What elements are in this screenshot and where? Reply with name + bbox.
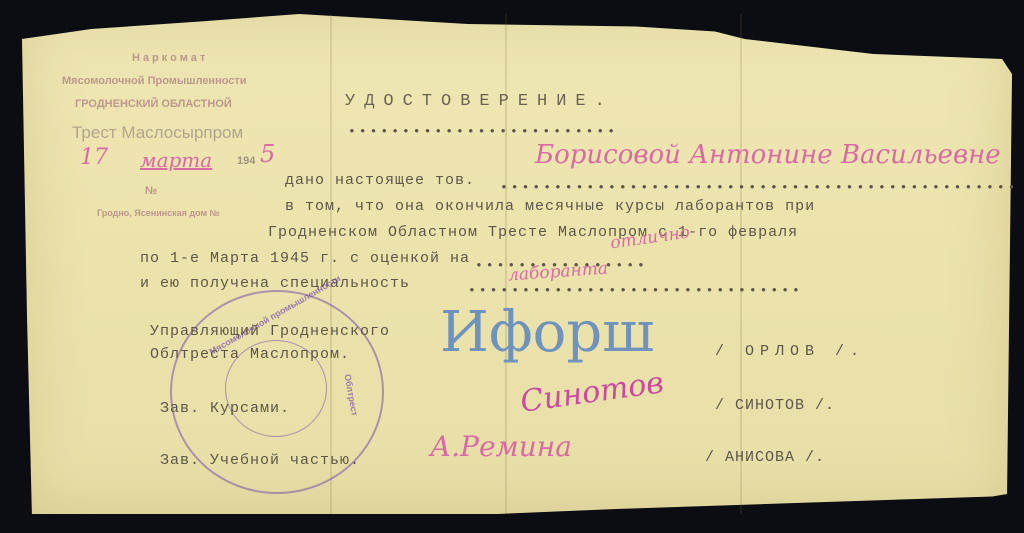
signer-role-director-2: Облтреста Маслопром. — [150, 346, 350, 363]
recipient-name: Борисовой Антонине Васильевне — [535, 140, 1001, 170]
date-year-printed: 194 — [237, 155, 255, 167]
course-completed-line: в том, что она окончила месячные курсы л… — [285, 198, 815, 215]
signer-role-director-1: Управляющий Гродненского — [150, 323, 390, 340]
document-title: УДОСТОВЕРЕНИЕ. — [345, 92, 614, 111]
name-dots: ••••••••••••••••••••••••••••••••••••••••… — [500, 180, 1018, 195]
letterhead-industry: Мясомолочной Промышленности — [62, 75, 247, 87]
signer-name-orlov: / ОРЛОВ /. — [715, 343, 865, 360]
number-label: № — [145, 185, 157, 197]
letterhead-region: ГРОДНЕНСКИЙ ОБЛАСТНОЙ — [75, 98, 232, 110]
letterhead-ministry: Наркомат — [132, 52, 208, 64]
specialty-dots: ••••••••••••••••••••••••••••••• — [468, 283, 803, 298]
grade-line: по 1-е Марта 1945 г. с оценкой на — [140, 250, 470, 267]
date-year-handwritten: 5 — [260, 140, 275, 168]
trust-dates-line: Гродненском Областном Тресте Маслопром с… — [268, 224, 798, 241]
letterhead-trust: Трест Маслосырпром — [72, 123, 243, 143]
letterhead-address: Гродно, Ясенинская дом № — [97, 208, 220, 218]
paper-fold — [740, 14, 742, 514]
signer-name-anisova: / АНИСОВА /. — [705, 449, 825, 466]
date-month: марта — [140, 148, 212, 172]
signature-director: Ифорш — [440, 300, 654, 365]
date-day: 17 — [80, 145, 108, 170]
signature-study: А.Ремина — [430, 430, 572, 463]
signer-role-courses: Зав. Курсами. — [160, 400, 290, 417]
signer-role-study: Зав. Учебной частью. — [160, 452, 360, 469]
signer-name-sinotov: / СИНОТОВ /. — [715, 397, 835, 414]
title-underline-dots: ••••••••••••••••••••••••• — [348, 124, 618, 139]
given-to-label: дано настоящее тов. — [285, 172, 475, 189]
